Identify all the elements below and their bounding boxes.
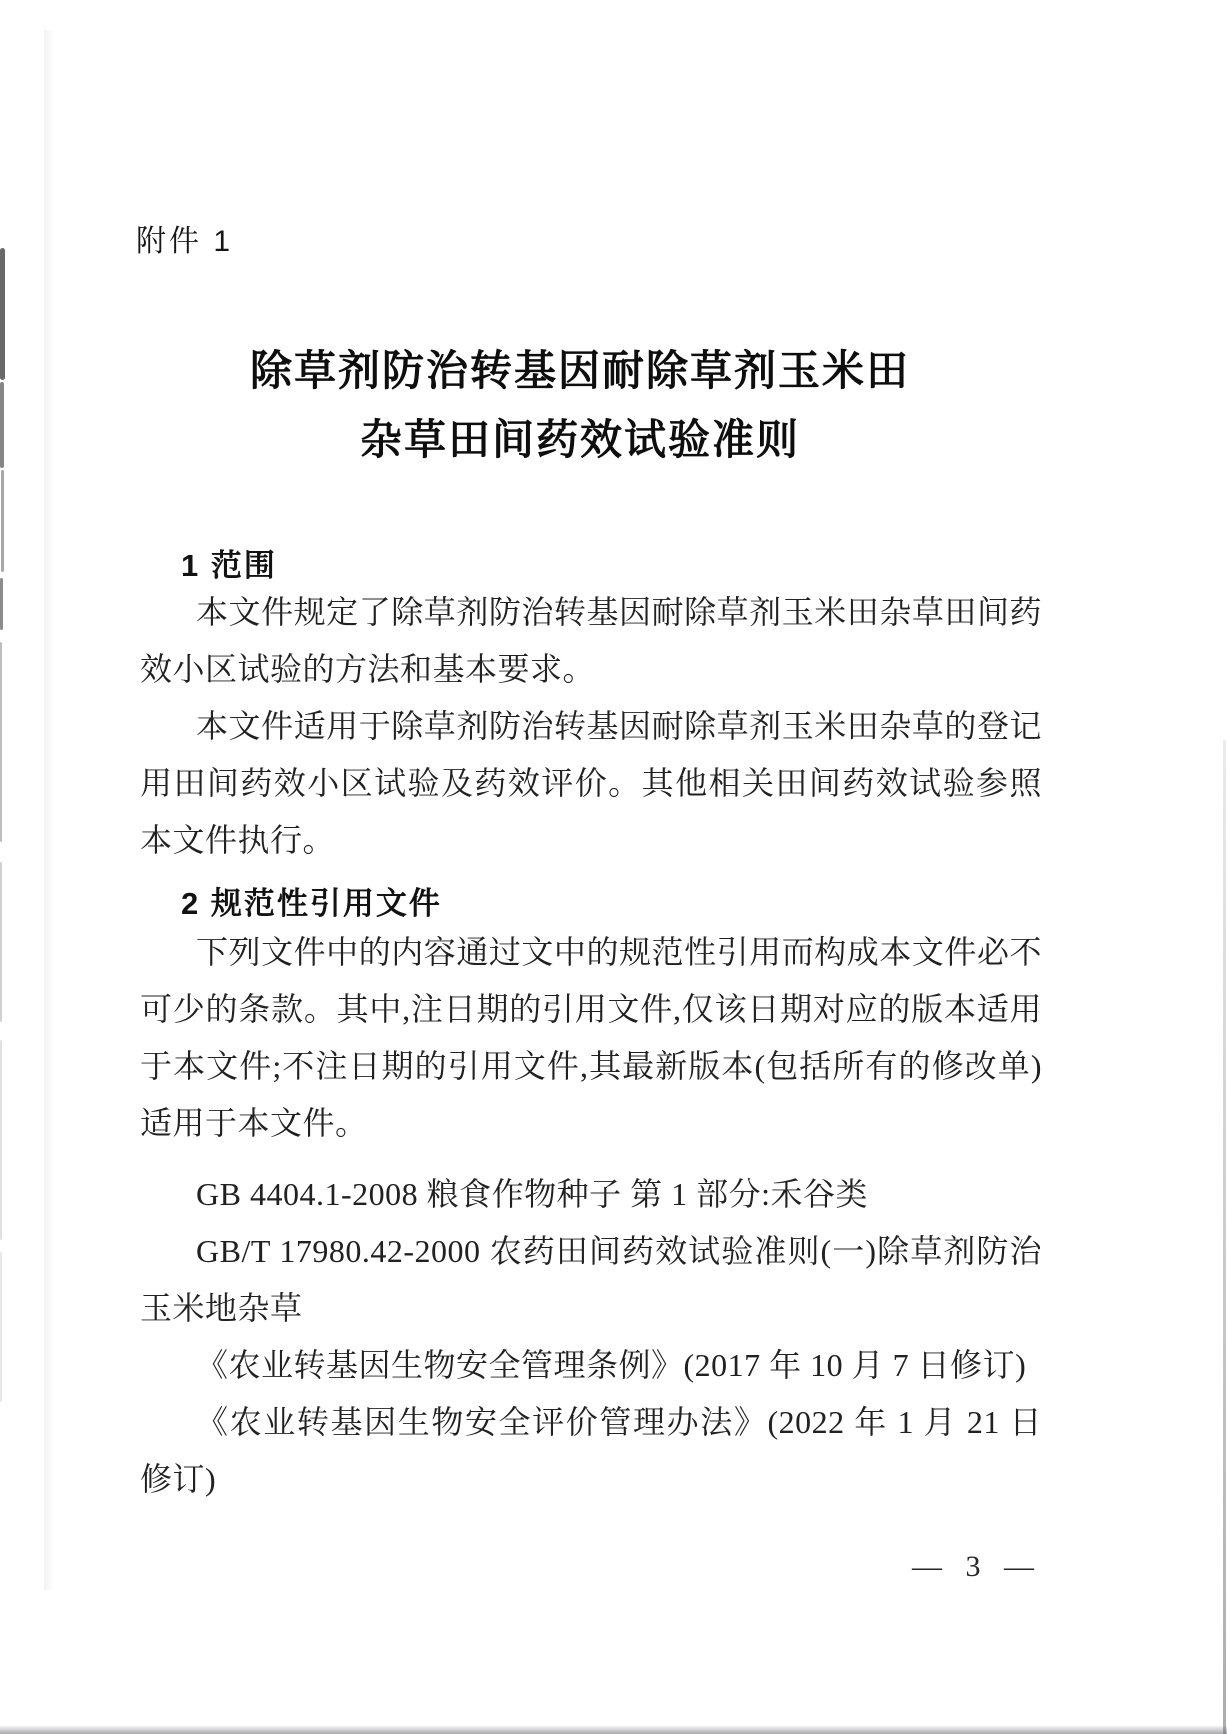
section-heading-scope: 1 范围 (181, 540, 277, 585)
attachment-label: 附件 1 (136, 216, 233, 260)
scan-artifact-left-edge (0, 862, 2, 1022)
scan-artifact-left-edge (0, 1040, 2, 1240)
scan-artifact-left-edge (1, 470, 4, 572)
scan-artifact-left-edge (0, 578, 3, 630)
document-title-line2: 杂草田间药效试验准则 (130, 407, 1030, 476)
paragraph-scope-2: 本文件适用于除草剂防治转基因耐除草剂玉米田杂草的登记用田间药效小区试验及药效评价… (140, 698, 1042, 869)
document-page: 附件 1 除草剂防治转基因耐除草剂玉米田 杂草田间药效试验准则 1 范围 本文件… (0, 0, 1227, 1734)
scan-artifact-left-edge (0, 248, 5, 380)
page-number: — 3 — (912, 1550, 1042, 1584)
scan-artifact-left-edge (0, 1252, 2, 1402)
paragraph-scope-1: 本文件规定了除草剂防治转基因耐除草剂玉米田杂草田间药效小区试验的方法和基本要求。 (140, 584, 1042, 698)
section-heading-normative-references: 2 规范性引用文件 (181, 878, 442, 923)
page-right-edge (1223, 740, 1226, 1734)
page-bottom-edge (0, 1726, 1227, 1734)
document-title-line1: 除草剂防治转基因耐除草剂玉米田 (130, 338, 1030, 407)
scan-smudge-left (44, 30, 54, 1590)
reference-item-gbt17980: GB/T 17980.42-2000 农药田间药效试验准则(一)除草剂防治玉米地… (140, 1223, 1042, 1337)
reference-item-gb4404: GB 4404.1-2008 粮食作物种子 第 1 部分:禾谷类 (140, 1166, 1042, 1223)
paragraph-normative-intro: 下列文件中的内容通过文中的规范性引用而构成本文件必不可少的条款。其中,注日期的引… (140, 924, 1042, 1152)
scan-artifact-left-edge (0, 382, 4, 468)
scan-artifact-left-edge (0, 642, 2, 842)
document-title: 除草剂防治转基因耐除草剂玉米田 杂草田间药效试验准则 (130, 338, 1030, 476)
reference-item-measures-2022: 《农业转基因生物安全评价管理办法》(2022 年 1 月 21 日修订) (140, 1394, 1042, 1508)
reference-item-regulation-2017: 《农业转基因生物安全管理条例》(2017 年 10 月 7 日修订) (140, 1337, 1042, 1394)
